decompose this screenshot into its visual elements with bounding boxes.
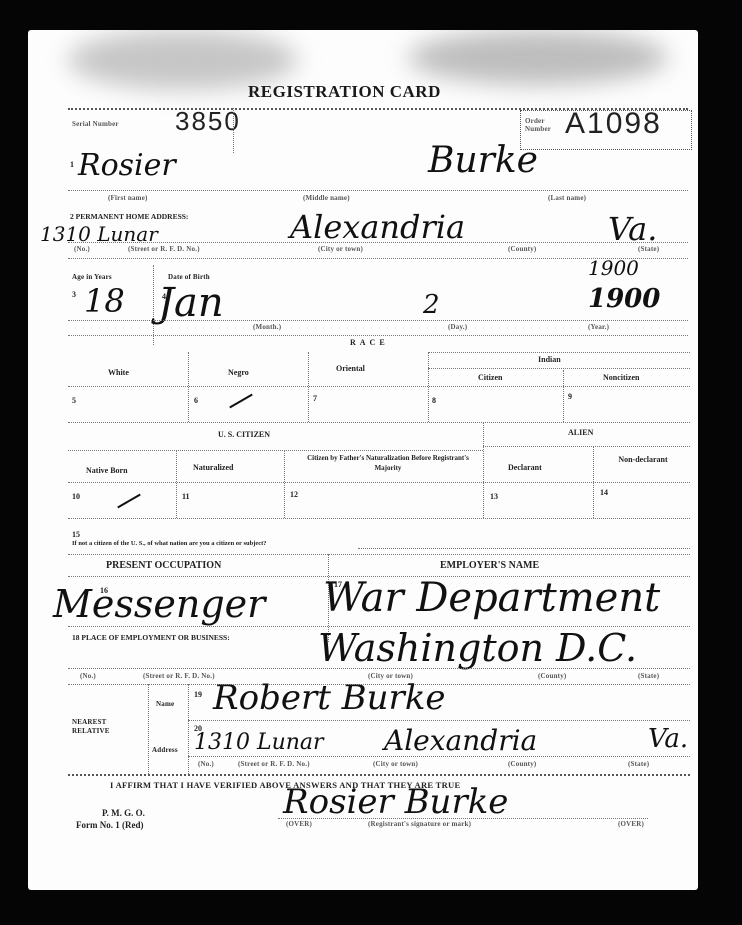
birth-year-correction: 1900 [588,256,639,280]
naturalized-label: Naturalized [193,463,233,472]
rule [188,720,690,721]
rule [68,450,483,451]
employer-heading: EMPLOYER'S NAME [440,560,539,571]
alien-heading: ALIEN [568,428,593,437]
card-title: REGISTRATION CARD [248,82,441,102]
first-name: Rosier [78,148,176,183]
citizen-by-father-label: Citizen by Father's Naturalization Befor… [298,453,478,473]
native-born-label: Native Born [86,466,128,475]
divider [428,352,429,422]
caption: (Street or R. F. D. No.) [143,672,215,680]
us-citizen-heading: U. S. CITIZEN [218,430,270,439]
caption: (Year.) [588,323,609,331]
race-white-label: White [108,368,129,377]
rule [68,422,690,423]
smudge [408,30,668,85]
caption: (No.) [198,760,214,768]
place-of-employment-label: 18 PLACE OF EMPLOYMENT OR BUSINESS: [72,633,230,642]
caption: (State) [638,672,659,680]
relative-address-label: Address [152,746,178,754]
address-city: Alexandria [290,208,465,246]
form-number: Form No. 1 (Red) [76,820,143,830]
rule [68,320,688,321]
birth-day: 2 [423,290,440,320]
occupation-value: Messenger [53,582,265,626]
place-of-employment-value: Washington D.C. [318,626,637,670]
rule [68,518,690,519]
caption: (OVER) [618,820,644,828]
field-number: 15 [72,530,80,539]
rule [428,368,690,369]
rule [428,352,690,353]
not-citizen-question: If not a citizen of the U. S., of what n… [72,540,267,547]
caption: (State) [628,760,649,768]
caption: (Middle name) [303,194,350,202]
divider [148,684,149,774]
divider [233,108,234,153]
relative-name-label: Name [156,700,174,708]
field-number: 8 [432,396,436,405]
caption: (County) [508,760,536,768]
relative-state: Va. [648,724,688,754]
field-number: 11 [182,492,190,501]
age-value: 18 [84,282,125,320]
divider [483,422,484,518]
caption: (Month.) [253,323,281,331]
serial-label: Serial Number [72,120,122,129]
field-number: 7 [313,394,317,403]
non-declarant-label: Non-declarant [613,455,673,465]
address-label: 2 PERMANENT HOME ADDRESS: [70,212,188,221]
field-number: 9 [568,392,572,401]
rule [68,335,688,336]
rule [483,446,690,447]
relative-street: 1310 Lunar [194,730,324,755]
nearest-relative-label: NEAREST RELATIVE [72,718,142,736]
caption: (State) [638,245,659,253]
rule [68,242,688,243]
rule [68,482,690,483]
employer-value: War Department [323,575,660,621]
rule [188,756,690,757]
serial-number: 3850 [175,106,241,137]
field-number: 12 [290,490,298,499]
field-number: 14 [600,488,608,497]
last-name: Burke [428,140,538,181]
native-born-checkmark [117,494,141,509]
divider [563,370,564,422]
field-number: 5 [72,396,76,405]
race-indian-citizen-label: Citizen [478,373,502,382]
signature-caption: (Registrant's signature or mark) [368,820,471,828]
divider [153,265,154,345]
field-number: 19 [194,690,202,699]
caption: (County) [508,245,536,253]
occupation-heading: PRESENT OCCUPATION [106,560,221,571]
registration-card: REGISTRATION CARD Serial Number 3850 Ord… [28,30,698,890]
caption: (Street or R. F. D. No.) [128,245,200,253]
birth-year: 1900 [588,284,660,314]
form-agency: P. M. G. O. [102,808,145,818]
race-oriental-label: Oriental [336,364,365,373]
relative-name: Robert Burke [213,678,446,718]
rule [278,818,648,819]
order-label: Order Number [525,117,565,133]
caption: (County) [538,672,566,680]
divider [308,352,309,422]
race-negro-checkmark [229,394,253,409]
caption: (Day.) [448,323,467,331]
divider [176,450,177,518]
caption: (City or town) [318,245,363,253]
field-number: 6 [194,396,198,405]
order-number: A1098 [565,107,662,141]
field-number: 13 [490,492,498,501]
divider [188,352,189,422]
age-label: Age in Years [72,273,112,281]
race-negro-label: Negro [228,368,249,377]
caption: (No.) [74,245,90,253]
caption: (OVER) [286,820,312,828]
caption: (Street or R. F. D. No.) [238,760,310,768]
order-box: Order Number A1098 [520,110,692,150]
relative-city: Alexandria [384,724,537,757]
field-number: 1 [70,160,74,169]
field-number: 3 [72,290,76,299]
smudge [68,30,298,90]
caption: (City or town) [373,760,418,768]
rule [68,554,690,555]
caption: (No.) [80,672,96,680]
caption: (First name) [108,194,148,202]
rule [68,190,688,191]
registrant-signature: Rosier Burke [283,782,508,822]
race-indian-noncitizen-label: Noncitizen [603,373,639,382]
caption: (Last name) [548,194,586,202]
rule [68,386,690,387]
indian-heading: Indian [538,355,561,364]
rule [68,774,690,776]
field-number: 10 [72,492,80,501]
rule [358,548,690,549]
declarant-label: Declarant [508,463,542,472]
race-heading: RACE [350,338,389,347]
divider [188,684,189,774]
divider [284,450,285,518]
rule [68,668,690,669]
